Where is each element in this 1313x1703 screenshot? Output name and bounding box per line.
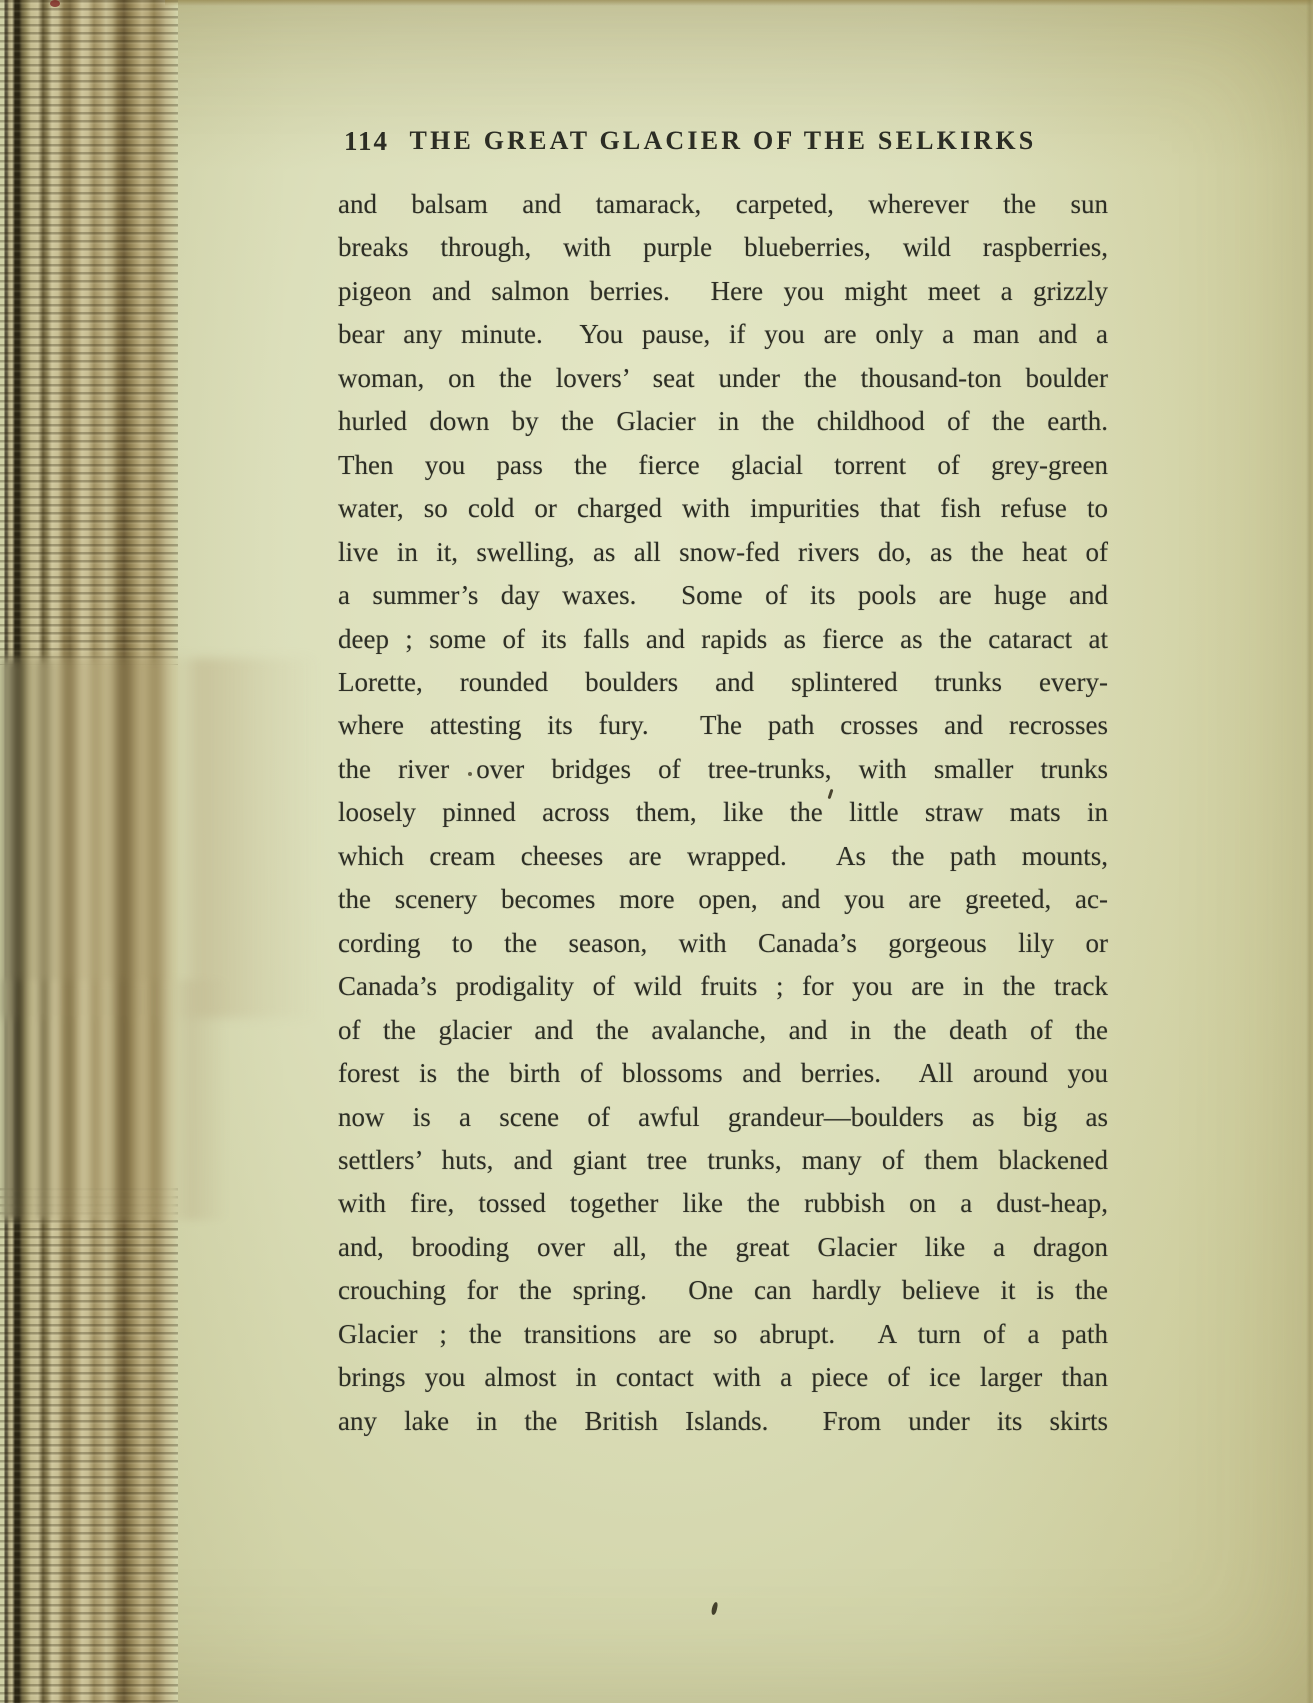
- text-line: Canada’s prodigality of wild fruits ; fo…: [338, 965, 1108, 1008]
- text-line: and, brooding over all, the great Glacie…: [338, 1226, 1108, 1269]
- text-line: bear any minute. You pause, if you are o…: [338, 313, 1108, 356]
- text-line: loosely pinned across them, like the lit…: [338, 791, 1108, 834]
- ink-speck: [468, 772, 472, 776]
- page-header: 114 THE GREAT GLACIER OF THE SELKIRKS: [338, 126, 1108, 168]
- text-line: forest is the birth of blossoms and berr…: [338, 1052, 1108, 1095]
- body-text: and balsam and tamarack, carpeted, where…: [338, 183, 1108, 1443]
- running-title: THE GREAT GLACIER OF THE SELKIRKS: [410, 126, 1037, 156]
- scan-blur-artifact: [0, 980, 230, 1220]
- page-number: 114: [344, 126, 389, 157]
- text-line: and balsam and tamarack, carpeted, where…: [338, 183, 1108, 226]
- text-line: woman, on the lovers’ seat under the tho…: [338, 357, 1108, 400]
- text-line: Then you pass the fierce glacial torrent…: [338, 444, 1108, 487]
- text-line: the scenery becomes more open, and you a…: [338, 878, 1108, 921]
- text-line: pigeon and salmon berries. Here you migh…: [338, 270, 1108, 313]
- text-line: of the glacier and the avalanche, and in…: [338, 1009, 1108, 1052]
- text-line: which cream cheeses are wrapped. As the …: [338, 835, 1108, 878]
- text-line: the river over bridges of tree-trunks, w…: [338, 748, 1108, 791]
- text-line: breaks through, with purple blueberries,…: [338, 226, 1108, 269]
- ink-speck: [50, 0, 60, 7]
- page-top-edge: [165, 0, 1313, 6]
- text-line: cording to the season, with Canada’s gor…: [338, 922, 1108, 965]
- page-edges-texture-top: [0, 0, 178, 665]
- text-line: live in it, swelling, as all snow-fed ri…: [338, 531, 1108, 574]
- book-page-scan: 114 THE GREAT GLACIER OF THE SELKIRKS an…: [0, 0, 1313, 1703]
- text-line: settlers’ huts, and giant tree trunks, m…: [338, 1139, 1108, 1182]
- text-line: now is a scene of awful grandeur—boulder…: [338, 1096, 1108, 1139]
- text-line: Glacier ; the transitions are so abrupt.…: [338, 1313, 1108, 1356]
- text-line: deep ; some of its falls and rapids as f…: [338, 618, 1108, 661]
- text-line: brings you almost in contact with a piec…: [338, 1356, 1108, 1399]
- text-line: water, so cold or charged with impuritie…: [338, 487, 1108, 530]
- scan-blur-artifact: [0, 658, 320, 1018]
- text-line: a summer’s day waxes. Some of its pools …: [338, 574, 1108, 617]
- text-line: any lake in the British Islands. From un…: [338, 1400, 1108, 1443]
- page-right-edge: [1306, 0, 1313, 1703]
- text-line: where attesting its fury. The path cross…: [338, 704, 1108, 747]
- text-line: hurled down by the Glacier in the childh…: [338, 400, 1108, 443]
- page-edges-texture-bottom: [0, 1188, 178, 1703]
- ink-speck: [711, 1602, 719, 1616]
- text-line: Lorette, rounded boulders and splintered…: [338, 661, 1108, 704]
- text-line: crouching for the spring. One can hardly…: [338, 1269, 1108, 1312]
- text-line: with fire, tossed together like the rubb…: [338, 1182, 1108, 1225]
